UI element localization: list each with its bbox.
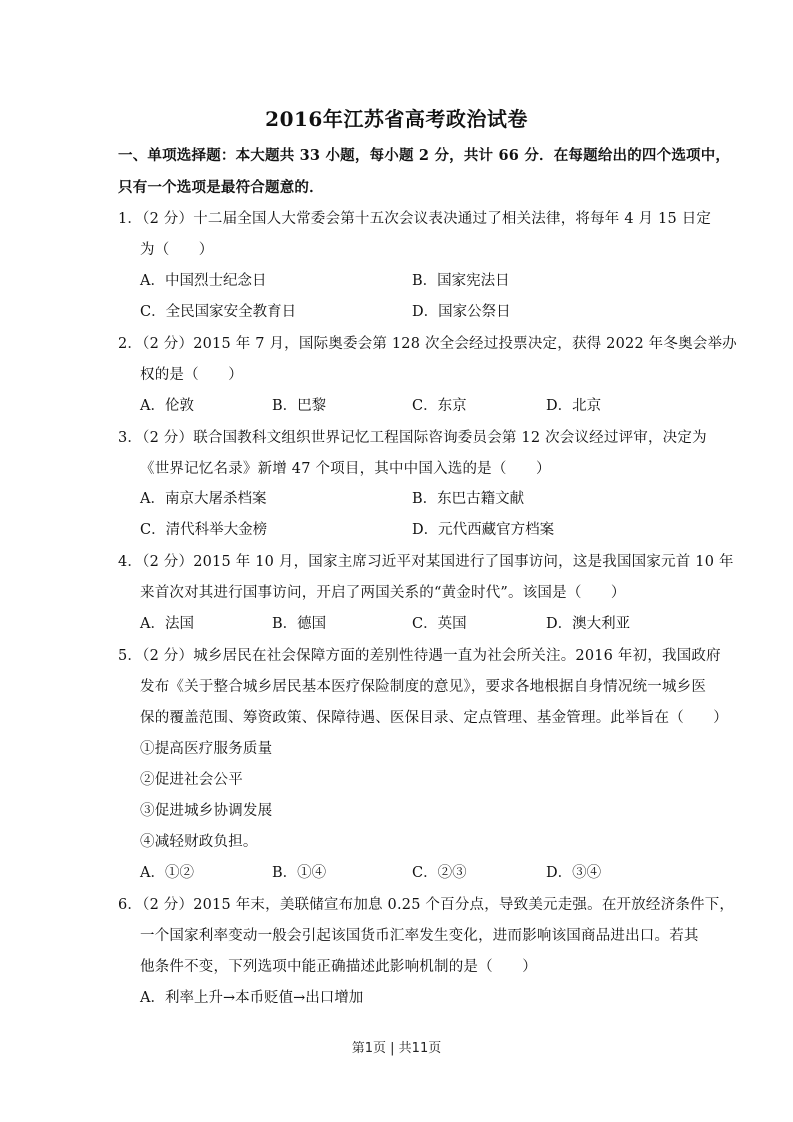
question-6-stem-cont-1: 一个国家利率变动一般会引起该国货币汇率发生变化，进而影响该国商品进出口。若其 xyxy=(140,924,699,945)
question-2-option-c: C．东京 xyxy=(412,394,467,415)
question-3-option-d: D．元代西藏官方档案 xyxy=(412,518,554,539)
question-3-stem: 3．（2 分）联合国教科文组织世界记忆工程国际咨询委员会第 12 次会议经过评审… xyxy=(118,426,707,447)
question-2-option-d: D．北京 xyxy=(546,394,601,415)
question-5-stem: 5．（2 分）城乡居民在社会保障方面的差别性待遇一直为社会所关注。2016 年初… xyxy=(118,644,721,665)
question-3-option-b: B．东巴古籍文献 xyxy=(412,487,524,508)
question-5-statement-2: ②促进社会公平 xyxy=(140,768,243,789)
question-6-option-a: A．利率上升→本币贬值→出口增加 xyxy=(140,986,363,1007)
page-footer: 第1页 | 共11页 xyxy=(0,1037,793,1056)
question-1-option-a: A．中国烈士纪念日 xyxy=(140,269,266,290)
question-6-stem: 6．（2 分）2015 年末，美联储宣布加息 0.25 个百分点，导致美元走强。… xyxy=(118,893,734,914)
question-2-stem: 2．（2 分）2015 年 7 月，国际奥委会第 128 次全会经过投票决定，获… xyxy=(118,332,737,353)
question-2-option-b: B．巴黎 xyxy=(272,394,326,415)
question-5-statement-4: ④减轻财政负担。 xyxy=(140,830,258,851)
question-2-option-a: A．伦敦 xyxy=(140,394,194,415)
question-5-statement-1: ①提高医疗服务质量 xyxy=(140,737,272,758)
exam-page: 2016年江苏省高考政治试卷 一、单项选择题：本大题共 33 小题，每小题 2 … xyxy=(0,0,793,1122)
section-instructions-line-2: 只有一个选项是最符合题意的． xyxy=(118,176,324,197)
question-1-option-b: B．国家宪法日 xyxy=(412,269,510,290)
question-1-stem: 1．（2 分）十二届全国人大常委会第十五次会议表决通过了相关法律，将每年 4 月… xyxy=(118,207,711,228)
question-3-option-a: A．南京大屠杀档案 xyxy=(140,487,266,508)
question-6-stem-cont-2: 他条件不变，下列选项中能正确描述此影响机制的是（ ） xyxy=(140,955,537,976)
question-1-option-d: D．国家公祭日 xyxy=(412,300,511,321)
question-5-option-c: C．②③ xyxy=(412,861,467,882)
section-instructions-line-1: 一、单项选择题：本大题共 33 小题，每小题 2 分，共计 66 分．在每题给出… xyxy=(118,144,730,165)
question-4-stem-cont: 来首次对其进行国事访问，开启了两国关系的“黄金时代”。该国是（ ） xyxy=(140,581,626,602)
question-4-option-c: C．英国 xyxy=(412,612,467,633)
question-3-option-c: C．清代科举大金榜 xyxy=(140,518,267,539)
question-4-option-a: A．法国 xyxy=(140,612,194,633)
page-title: 2016年江苏省高考政治试卷 xyxy=(0,103,793,132)
question-1-stem-cont: 为（ ） xyxy=(140,238,214,259)
question-4-option-d: D．澳大利亚 xyxy=(546,612,630,633)
question-5-option-b: B．①④ xyxy=(272,861,326,882)
question-5-option-d: D．③④ xyxy=(546,861,601,882)
question-4-option-b: B．德国 xyxy=(272,612,326,633)
question-5-stem-cont-2: 保的覆盖范围、筹资政策、保障待遇、医保目录、定点管理、基金管理。此举旨在（ ） xyxy=(140,706,728,727)
question-2-stem-cont: 权的是（ ） xyxy=(140,363,243,384)
question-5-stem-cont-1: 发布《关于整合城乡居民基本医疗保险制度的意见》，要求各地根据自身情况统一城乡医 xyxy=(140,675,706,696)
question-4-stem: 4．（2 分）2015 年 10 月，国家主席习近平对某国进行了国事访问，这是我… xyxy=(118,550,734,571)
question-3-stem-cont: 《世界记忆名录》新增 47 个项目，其中中国入选的是（ ） xyxy=(140,457,551,478)
question-5-option-a: A．①② xyxy=(140,861,194,882)
question-5-statement-3: ③促进城乡协调发展 xyxy=(140,799,272,820)
question-1-option-c: C．全民国家安全教育日 xyxy=(140,300,296,321)
